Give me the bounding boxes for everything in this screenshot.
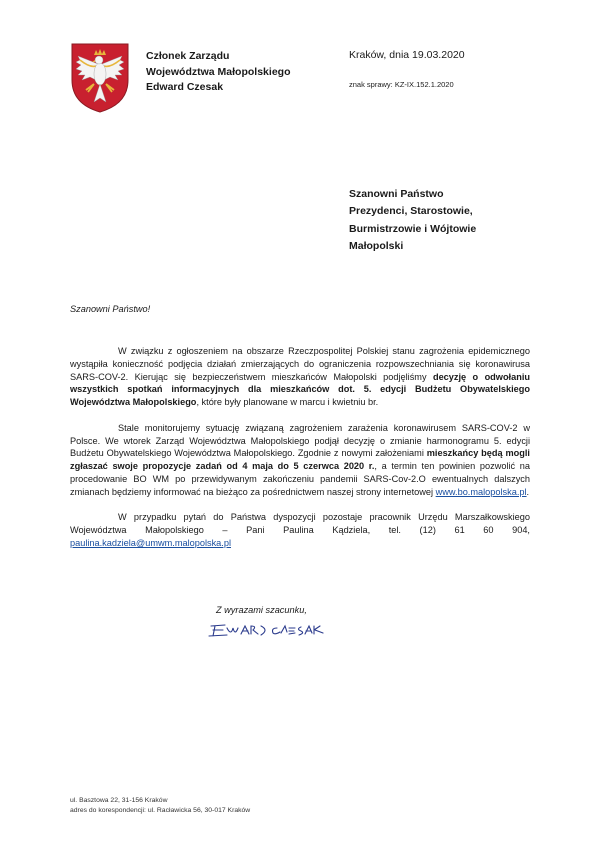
- sender-title: Członek Zarządu: [146, 49, 290, 65]
- paragraph-1: W związku z ogłoszeniem na obszarze Rzec…: [70, 345, 530, 409]
- footer-line: adres do korespondencji: ul. Racławicka …: [70, 806, 250, 816]
- letter-body: W związku z ogłoszeniem na obszarze Rzec…: [70, 345, 530, 563]
- body-text: , które były planowane w marcu i kwietni…: [196, 397, 378, 407]
- case-reference: znak sprawy: KZ-IX.152.1.2020: [349, 80, 454, 89]
- footer-line: ul. Basztowa 22, 31-156 Kraków: [70, 796, 250, 806]
- recipient-block: Szanowni Państwo Prezydenci, Starostowie…: [349, 186, 476, 255]
- recipient-line: Małopolski: [349, 238, 476, 255]
- body-text: W przypadku pytań do Państwa dyspozycji …: [70, 512, 530, 535]
- website-link[interactable]: www.bo.malopolska.pl: [436, 487, 527, 497]
- paragraph-3: W przypadku pytań do Państwa dyspozycji …: [70, 511, 530, 549]
- recipient-line: Szanowni Państwo: [349, 186, 476, 203]
- place-date: Kraków, dnia 19.03.2020: [349, 49, 465, 61]
- handwritten-signature-icon: [205, 620, 325, 642]
- footer-address: ul. Basztowa 22, 31-156 Kraków adres do …: [70, 796, 250, 816]
- sender-office: Województwa Małopolskiego: [146, 65, 290, 81]
- salutation: Szanowni Państwo!: [70, 304, 150, 314]
- closing-phrase: Z wyrazami szacunku,: [216, 605, 307, 615]
- recipient-line: Burmistrzowie i Wójtowie: [349, 221, 476, 238]
- sender-name: Edward Czesak: [146, 80, 290, 96]
- paragraph-2: Stale monitorujemy sytuację związaną zag…: [70, 422, 530, 499]
- malopolska-coat-of-arms-icon: [70, 42, 130, 114]
- body-text: .: [527, 487, 530, 497]
- sender-block: Członek Zarządu Województwa Małopolskieg…: [146, 49, 290, 96]
- email-link[interactable]: paulina.kadziela@umwm.malopolska.pl: [70, 538, 231, 548]
- recipient-line: Prezydenci, Starostowie,: [349, 203, 476, 220]
